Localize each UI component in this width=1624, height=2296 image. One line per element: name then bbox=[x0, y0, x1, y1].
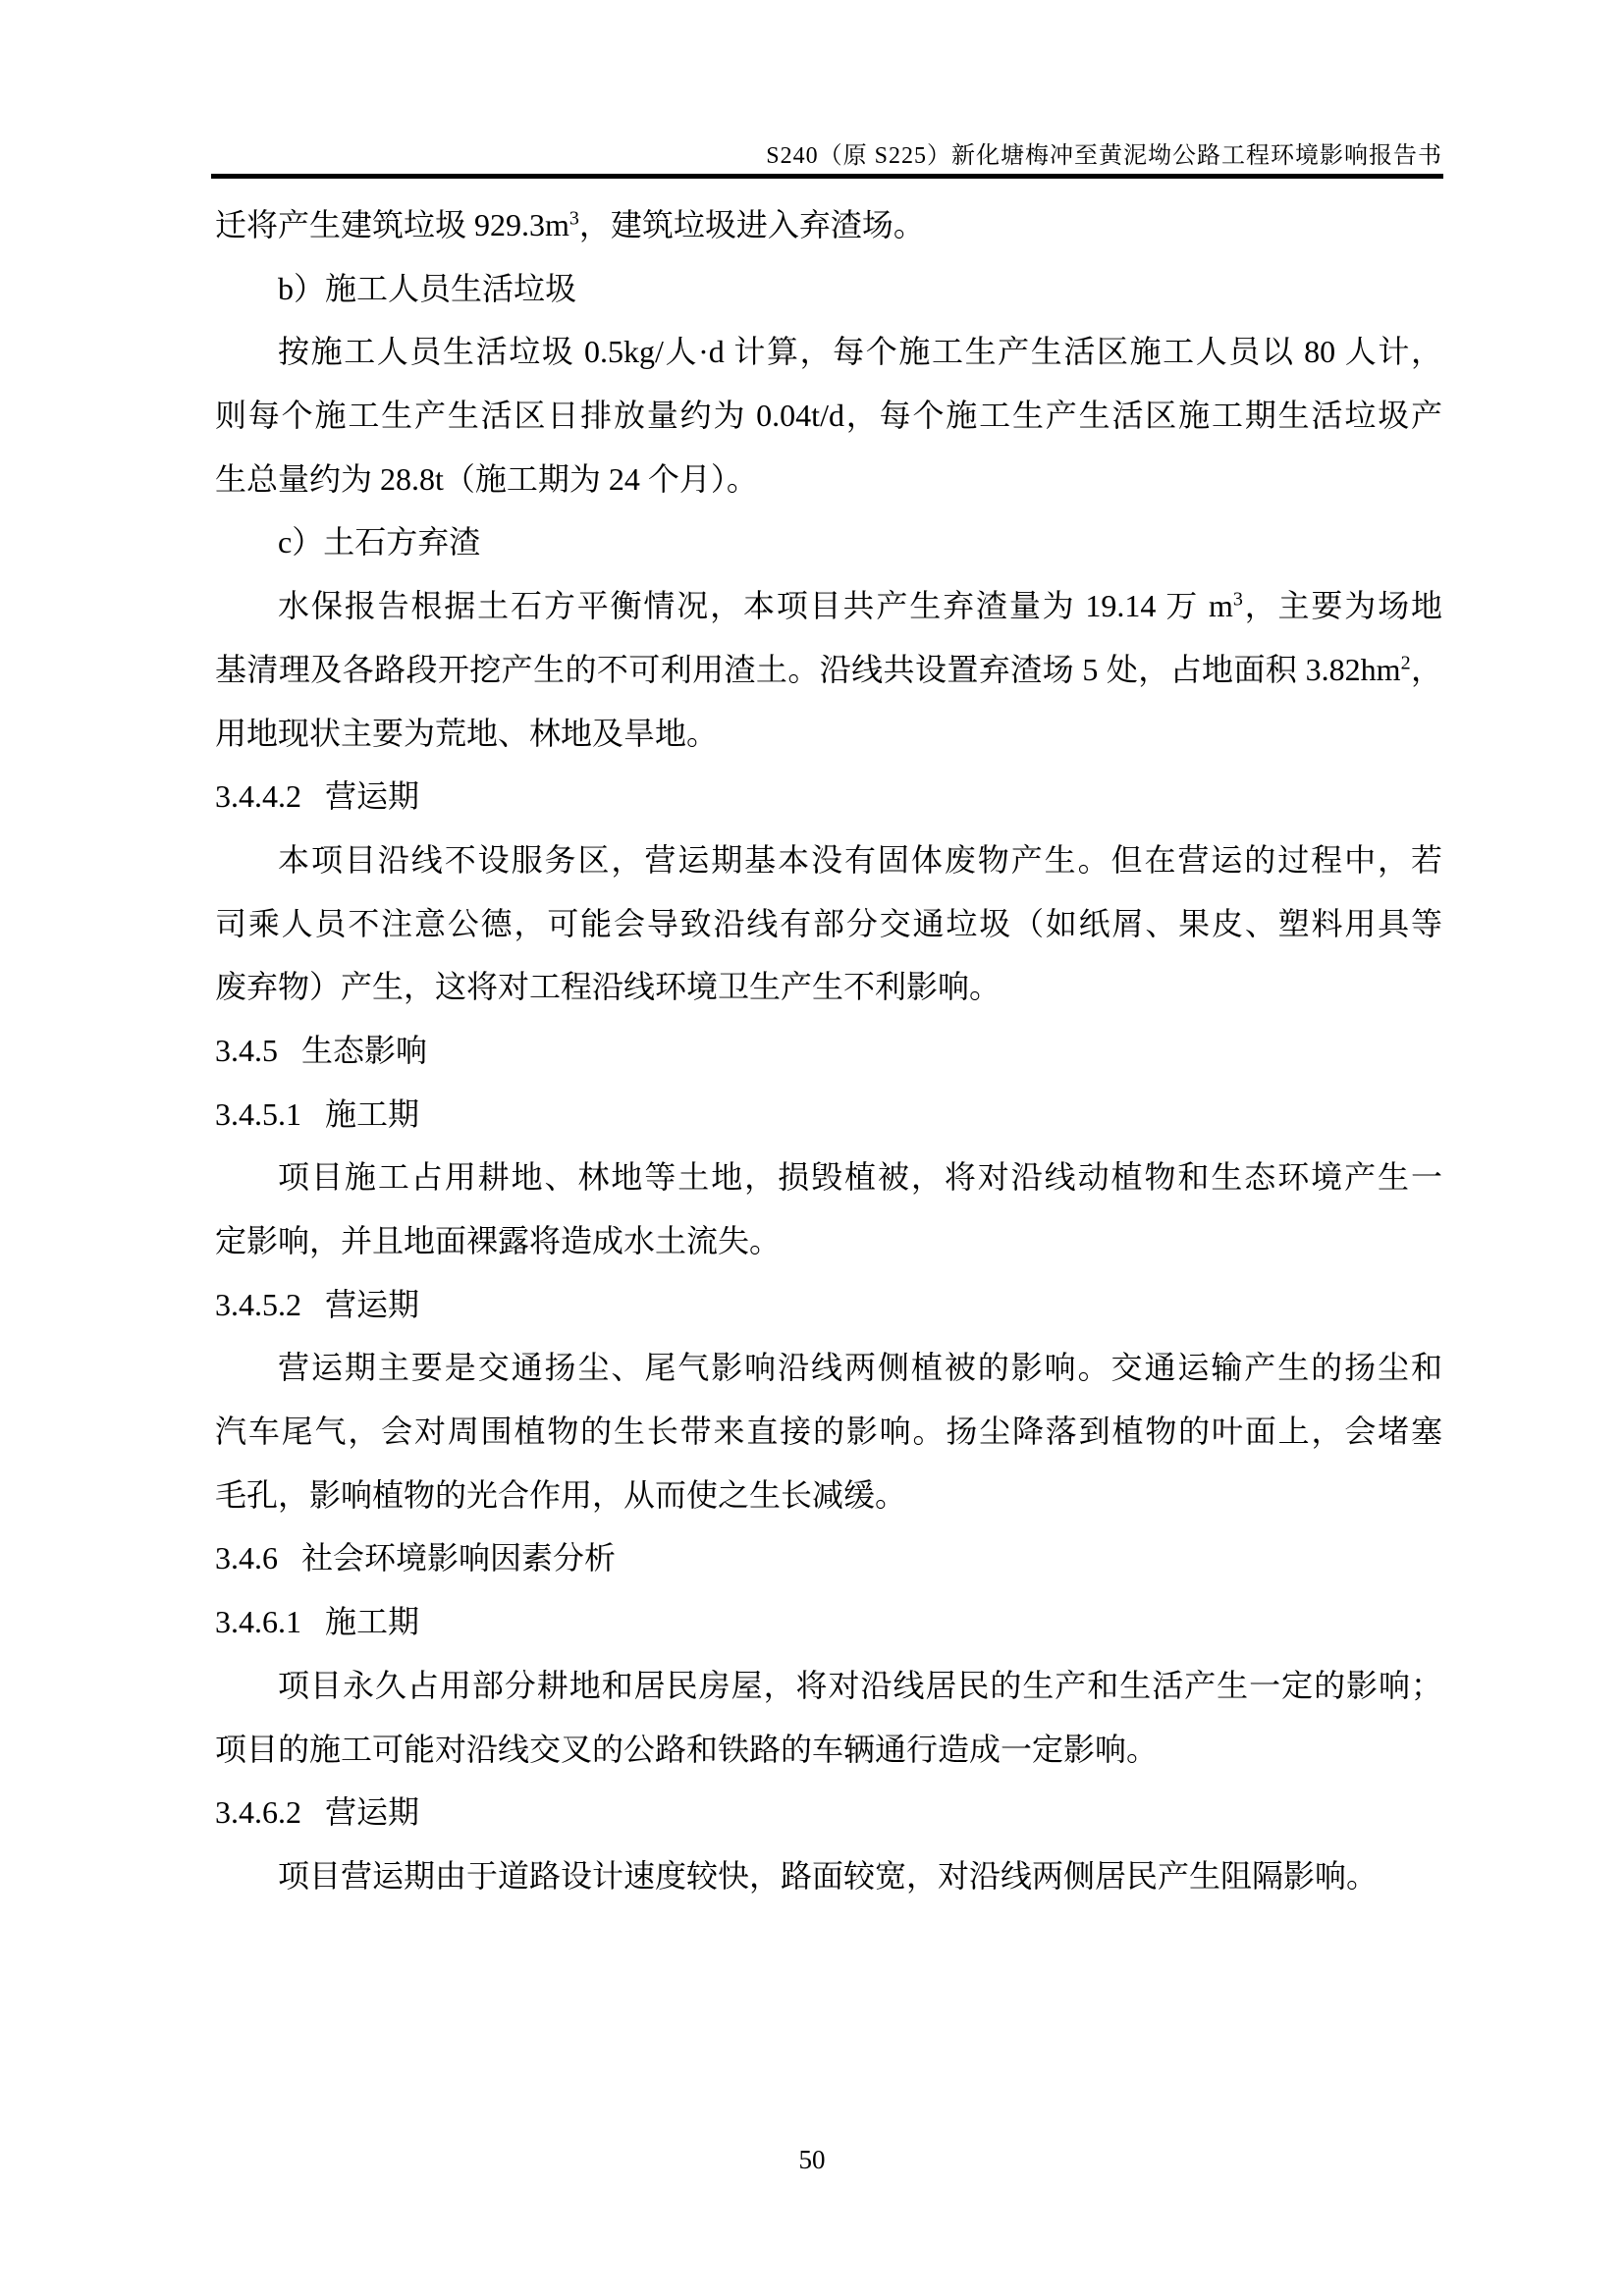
heading-line: 3.4.6.2 营运期 bbox=[215, 1781, 1442, 1844]
paragraph-line: c）土石方弃渣 bbox=[215, 510, 1442, 574]
heading-line: 3.4.4.2 营运期 bbox=[215, 765, 1442, 828]
heading-line: 3.4.5.2 营运期 bbox=[215, 1273, 1442, 1337]
page-number: 50 bbox=[0, 2143, 1624, 2176]
paragraph-line: 生总量约为 28.8t（施工期为 24 个月）。 bbox=[215, 448, 1442, 511]
heading-line: 3.4.6 社会环境影响因素分析 bbox=[215, 1526, 1442, 1590]
paragraph-line: b）施工人员生活垃圾 bbox=[215, 257, 1442, 321]
paragraph-line: 营运期主要是交通扬尘、尾气影响沿线两侧植被的影响。交通运输产生的扬尘和 bbox=[215, 1336, 1442, 1400]
paragraph-line: 基清理及各路段开挖产生的不可利用渣土。沿线共设置弃渣场 5 处，占地面积 3.8… bbox=[215, 638, 1442, 702]
page-header-title: S240（原 S225）新化塘梅冲至黄泥坳公路工程环境影响报告书 bbox=[766, 141, 1442, 171]
heading-line: 3.4.6.1 施工期 bbox=[215, 1590, 1442, 1654]
paragraph-line: 迁将产生建筑垃圾 929.3m3，建筑垃圾进入弃渣场。 bbox=[215, 193, 1442, 257]
superscript: 3 bbox=[569, 207, 579, 229]
paragraph-line: 项目营运期由于道路设计速度较快，路面较宽，对沿线两侧居民产生阻隔影响。 bbox=[215, 1844, 1442, 1908]
document-content: 迁将产生建筑垃圾 929.3m3，建筑垃圾进入弃渣场。b）施工人员生活垃圾按施工… bbox=[215, 193, 1442, 1908]
paragraph-line: 司乘人员不注意公德，可能会导致沿线有部分交通垃圾（如纸屑、果皮、塑料用具等 bbox=[215, 892, 1442, 956]
paragraph-line: 项目永久占用部分耕地和居民房屋，将对沿线居民的生产和生活产生一定的影响； bbox=[215, 1654, 1442, 1718]
paragraph-line: 毛孔，影响植物的光合作用，从而使之生长减缓。 bbox=[215, 1464, 1442, 1527]
superscript: 3 bbox=[1233, 588, 1243, 610]
document-page: S240（原 S225）新化塘梅冲至黄泥坳公路工程环境影响报告书 迁将产生建筑垃… bbox=[0, 0, 1624, 2296]
paragraph-line: 按施工人员生活垃圾 0.5kg/人·d 计算，每个施工生产生活区施工人员以 80… bbox=[215, 320, 1442, 384]
paragraph-line: 水保报告根据土石方平衡情况，本项目共产生弃渣量为 19.14 万 m3，主要为场… bbox=[215, 574, 1442, 638]
paragraph-line: 定影响，并且地面裸露将造成水土流失。 bbox=[215, 1209, 1442, 1273]
paragraph-line: 用地现状主要为荒地、林地及旱地。 bbox=[215, 702, 1442, 766]
heading-line: 3.4.5.1 施工期 bbox=[215, 1083, 1442, 1147]
heading-line: 3.4.5 生态影响 bbox=[215, 1019, 1442, 1083]
paragraph-line: 本项目沿线不设服务区，营运期基本没有固体废物产生。但在营运的过程中，若 bbox=[215, 828, 1442, 892]
paragraph-line: 则每个施工生产生活区日排放量约为 0.04t/d，每个施工生产生活区施工期生活垃… bbox=[215, 384, 1442, 448]
paragraph-line: 汽车尾气，会对周围植物的生长带来直接的影响。扬尘降落到植物的叶面上，会堵塞 bbox=[215, 1400, 1442, 1464]
paragraph-line: 项目的施工可能对沿线交叉的公路和铁路的车辆通行造成一定影响。 bbox=[215, 1718, 1442, 1782]
header-rule bbox=[211, 174, 1443, 179]
paragraph-line: 项目施工占用耕地、林地等土地，损毁植被，将对沿线动植物和生态环境产生一 bbox=[215, 1146, 1442, 1209]
paragraph-line: 废弃物）产生，这将对工程沿线环境卫生产生不利影响。 bbox=[215, 955, 1442, 1019]
superscript: 2 bbox=[1401, 652, 1411, 673]
